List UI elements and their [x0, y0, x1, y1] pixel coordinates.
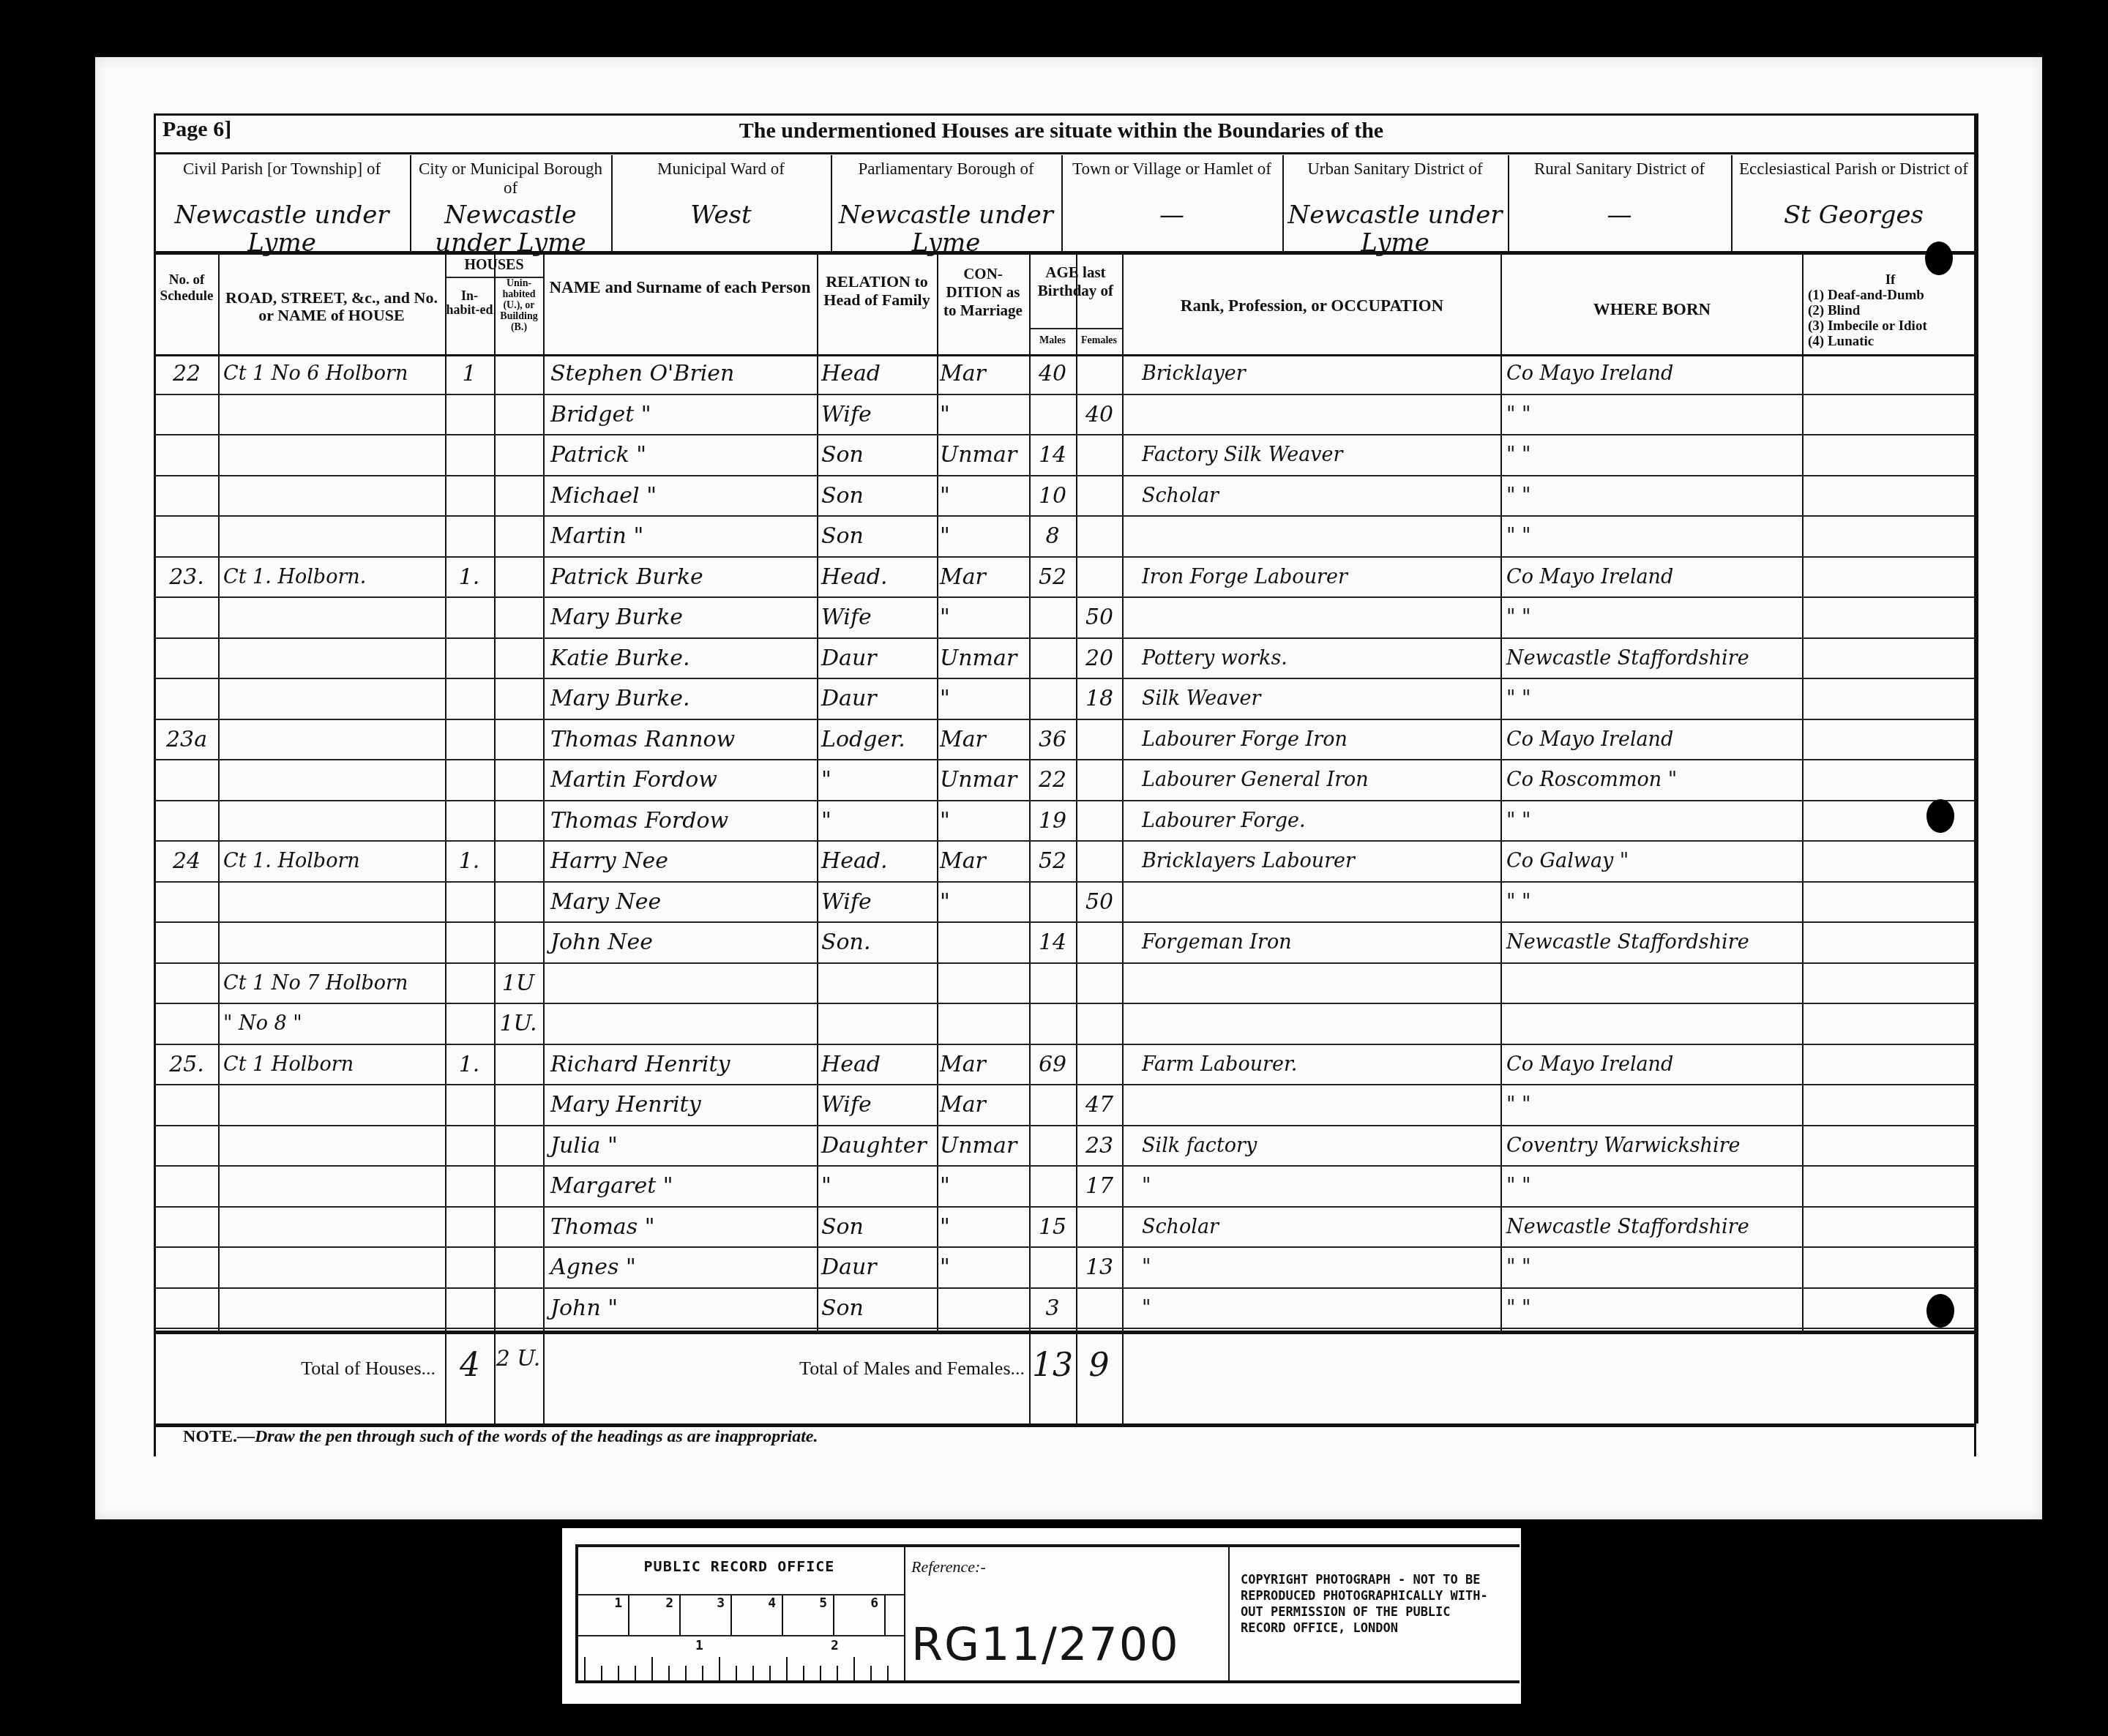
footnote: NOTE.—Draw the pen through such of the w… [183, 1427, 818, 1447]
cell-male-age: 14 [1031, 926, 1074, 959]
row-rule [155, 1206, 1975, 1208]
divider [154, 152, 1976, 154]
punch-hole [1926, 1294, 1954, 1328]
scale-cm: 123456 [578, 1595, 904, 1635]
cell-occupation: Scholar [1142, 1211, 1497, 1244]
divider [154, 251, 1976, 255]
cell-relation: Wife [821, 398, 935, 432]
scale-mark: 2 [629, 1595, 681, 1635]
cell-condition: " [940, 886, 1028, 919]
admin-value-1: Newcastle under Lyme [413, 201, 608, 257]
infirmity-if-label: If [1808, 272, 1973, 288]
cell-relation: Head. [821, 561, 935, 594]
cell-female-age: 50 [1077, 886, 1121, 919]
cell-inhabited: 1. [446, 561, 492, 594]
admin-value-0: Newcastle under Lyme [157, 201, 407, 257]
rule [1061, 155, 1063, 251]
copyright-line: OUT PERMISSION OF THE PUBLIC [1241, 1604, 1488, 1620]
rule [218, 253, 220, 1331]
cell-occupation: Forgeman Iron [1142, 926, 1497, 959]
admin-label-6: Rural Sanitary District of [1511, 160, 1728, 179]
cell-condition: Mar [940, 1048, 1028, 1082]
cell-relation: Daughter [821, 1129, 935, 1163]
rule [1802, 253, 1804, 1331]
cell-occupation: Bricklayer [1142, 357, 1497, 391]
cell-occupation: Labourer Forge Iron [1142, 723, 1497, 757]
cell-where-born: Co Mayo Ireland [1506, 561, 1799, 594]
cell-where-born: " " [1506, 438, 1799, 472]
rule [1029, 1331, 1031, 1423]
cell-name: Martin " [550, 520, 814, 553]
cell-where-born: " " [1506, 398, 1799, 432]
cell-occupation: " [1142, 1251, 1497, 1284]
rule [611, 155, 613, 251]
row-rule [155, 394, 1975, 395]
total-uninhabited: 2 U. [495, 1347, 542, 1372]
cell-where-born: " " [1506, 601, 1799, 635]
scale-tick [887, 1666, 889, 1680]
cell-where-born: " " [1506, 1170, 1799, 1203]
cell-road: Ct 1 No 6 Holborn [223, 357, 443, 391]
cell-road: " No 8 " [223, 1007, 443, 1041]
cell-name: Thomas Fordow [550, 804, 814, 838]
cell-uninhabited: 1U [496, 967, 541, 1000]
cell-female-age: 40 [1077, 398, 1121, 432]
cell-name: Mary Burke. [550, 682, 814, 716]
cell-relation: Wife [821, 601, 935, 635]
footnote-text: Draw the pen through such of the words o… [255, 1427, 818, 1446]
cell-relation: Son [821, 1292, 935, 1325]
cell-where-born: " " [1506, 804, 1799, 838]
cell-condition: Mar [940, 561, 1028, 594]
infirmity-imbecile: (3) Imbecile or Idiot [1808, 318, 1973, 334]
cell-road: Ct 1 No 7 Holborn [223, 967, 443, 1000]
cell-male-age: 52 [1031, 561, 1074, 594]
row-rule [155, 840, 1975, 842]
cell-condition: " [940, 1211, 1028, 1244]
cell-relation: Wife [821, 1088, 935, 1122]
scale-tick [584, 1657, 586, 1680]
cell-male-age: 36 [1031, 723, 1074, 757]
rule [817, 253, 818, 1331]
cell-schedule: 25. [157, 1048, 216, 1082]
cell-condition: " [940, 804, 1028, 838]
cell-male-age: 10 [1031, 479, 1074, 513]
admin-label-7: Ecclesiastical Parish or District of [1734, 160, 1973, 179]
cell-where-born: Co Mayo Ireland [1506, 357, 1799, 391]
rule [445, 253, 446, 1331]
row-rule [155, 800, 1975, 801]
rule [1228, 1547, 1230, 1680]
scale-tick [752, 1666, 754, 1680]
rule [494, 1331, 496, 1423]
cell-female-age: 23 [1077, 1129, 1121, 1163]
cell-occupation: Iron Forge Labourer [1142, 561, 1497, 594]
rule [904, 1547, 905, 1680]
cell-where-born: " " [1506, 682, 1799, 716]
scale-tick [870, 1666, 872, 1680]
cell-where-born: " " [1506, 479, 1799, 513]
rule [1122, 1331, 1124, 1423]
row-rule [155, 637, 1975, 639]
copyright-line: COPYRIGHT PHOTOGRAPH - NOT TO BE [1241, 1572, 1488, 1588]
row-rule [155, 1287, 1975, 1289]
copyright-line: RECORD OFFICE, LONDON [1241, 1620, 1488, 1636]
total-females: 9 [1076, 1347, 1122, 1384]
infirmity-lunatic: (4) Lunatic [1808, 334, 1973, 349]
cell-where-born: " " [1506, 1088, 1799, 1122]
row-rule [155, 921, 1975, 923]
cell-name: Martin Fordow [550, 763, 814, 797]
infirmity-blind: (2) Blind [1808, 303, 1973, 318]
cell-name: Stephen O'Brien [550, 357, 814, 391]
cell-male-age: 52 [1031, 845, 1074, 878]
cell-male-age: 15 [1031, 1211, 1074, 1244]
row-rule [155, 719, 1975, 720]
admin-value-5: Newcastle under Lyme [1285, 201, 1505, 257]
cell-name: Margaret " [550, 1170, 814, 1203]
admin-value-6: — [1511, 201, 1728, 229]
rule [543, 1331, 545, 1423]
row-rule [155, 1125, 1975, 1126]
cell-where-born: Co Galway " [1506, 845, 1799, 878]
cell-inhabited: 1. [446, 1048, 492, 1082]
cell-name: Katie Burke. [550, 642, 814, 676]
rule [1508, 155, 1509, 251]
cell-relation: Head. [821, 845, 935, 878]
punch-hole [1925, 242, 1953, 275]
scale-tick [702, 1666, 703, 1680]
rule [445, 1331, 446, 1423]
cell-male-age: 19 [1031, 804, 1074, 838]
cell-female-age: 20 [1077, 642, 1121, 676]
row-rule [155, 596, 1975, 598]
cell-name: John " [550, 1292, 814, 1325]
row-rule [155, 434, 1975, 435]
cell-occupation: Silk factory [1142, 1129, 1497, 1163]
cell-name: Harry Nee [550, 845, 814, 878]
cell-relation: " [821, 763, 935, 797]
cell-relation: Son [821, 1211, 935, 1244]
scale-tick [736, 1666, 737, 1680]
cell-relation: Lodger. [821, 723, 935, 757]
rule [494, 253, 496, 1331]
cell-male-age: 3 [1031, 1292, 1074, 1325]
cell-condition: " [940, 520, 1028, 553]
copyright-line: REPRODUCED PHOTOGRAPHICALLY WITH- [1241, 1588, 1488, 1604]
scale-tick [820, 1666, 821, 1680]
cell-name: Mary Burke [550, 601, 814, 635]
cell-name: Mary Nee [550, 886, 814, 919]
cell-name: Patrick " [550, 438, 814, 472]
admin-value-7: St Georges [1734, 201, 1973, 229]
header-schedule: No. of Schedule [155, 272, 218, 304]
cell-name: Richard Henrity [550, 1048, 814, 1082]
admin-label-4: Town or Village or Hamlet of [1064, 160, 1279, 179]
row-rule [155, 515, 1975, 517]
cell-female-age: 47 [1077, 1088, 1121, 1122]
cell-name: Thomas " [550, 1211, 814, 1244]
header-uninhabited: Unin-habited (U.), or Building (B.) [495, 278, 543, 333]
cell-relation: " [821, 1170, 935, 1203]
cell-condition: Unmar [940, 438, 1028, 472]
cell-road: Ct 1. Holborn. [223, 561, 443, 594]
header-occupation: Rank, Profession, or OCCUPATION [1124, 296, 1500, 315]
cell-occupation: Factory Silk Weaver [1142, 438, 1497, 472]
page-number: Page 6] [162, 117, 231, 142]
row-rule [155, 881, 1975, 883]
cell-condition: " [940, 479, 1028, 513]
cell-female-age: 17 [1077, 1170, 1121, 1203]
cell-male-age: 14 [1031, 438, 1074, 472]
admin-label-2: Municipal Ward of [614, 160, 828, 179]
cell-road: Ct 1 Holborn [223, 1048, 443, 1082]
row-rule [155, 678, 1975, 679]
cell-condition: " [940, 1170, 1028, 1203]
cell-name: Mary Henrity [550, 1088, 814, 1122]
scale-mark: 1 [578, 1595, 629, 1635]
cell-where-born: " " [1506, 520, 1799, 553]
header-males: Males [1029, 335, 1076, 346]
rule [1500, 253, 1502, 1331]
cell-condition: " [940, 682, 1028, 716]
cell-female-age: 18 [1077, 682, 1121, 716]
scale-tick [853, 1657, 855, 1680]
divider [154, 354, 1976, 356]
cell-inhabited: 1. [446, 845, 492, 878]
admin-value-2: West [614, 201, 828, 229]
admin-label-1: City or Municipal Borough of [413, 160, 608, 198]
cell-occupation: Silk Weaver [1142, 682, 1497, 716]
punch-hole [1926, 799, 1954, 833]
cell-road: Ct 1. Holborn [223, 845, 443, 878]
cell-occupation: Farm Labourer. [1142, 1048, 1497, 1082]
cell-where-born: Co Roscommon " [1506, 763, 1799, 797]
cell-relation: Head [821, 357, 935, 391]
cell-where-born: " " [1506, 1251, 1799, 1284]
cell-relation: Daur [821, 642, 935, 676]
row-rule [155, 1328, 1975, 1329]
total-males: 13 [1029, 1347, 1076, 1384]
scale-mark: 6 [834, 1595, 886, 1635]
cell-occupation: Scholar [1142, 479, 1497, 513]
stamp-office: PUBLIC RECORD OFFICE [578, 1557, 900, 1575]
cell-inhabited: 1 [446, 357, 492, 391]
scale-tick [803, 1666, 804, 1680]
cell-where-born: Co Mayo Ireland [1506, 1048, 1799, 1082]
cell-name: Michael " [550, 479, 814, 513]
admin-label-5: Urban Sanitary District of [1285, 160, 1505, 179]
cell-name: Agnes " [550, 1251, 814, 1284]
cell-where-born: Co Mayo Ireland [1506, 723, 1799, 757]
scale-tick [635, 1666, 636, 1680]
cell-condition: " [940, 398, 1028, 432]
rule [410, 155, 411, 251]
header-females: Females [1076, 335, 1122, 346]
cell-relation: Son [821, 438, 935, 472]
cell-where-born: Newcastle Staffordshire [1506, 926, 1799, 959]
cell-condition: Unmar [940, 642, 1028, 676]
cell-relation: Daur [821, 1251, 935, 1284]
header-where-born: WHERE BORN [1502, 300, 1802, 318]
cell-condition: " [940, 1251, 1028, 1284]
admin-label-3: Parliamentary Borough of [834, 160, 1058, 179]
divider [154, 1331, 1976, 1334]
page-title: The undermentioned Houses are situate wi… [732, 119, 1391, 143]
copyright-notice: COPYRIGHT PHOTOGRAPH - NOT TO BEREPRODUC… [1241, 1572, 1488, 1636]
cell-relation: Son [821, 479, 935, 513]
cell-occupation: Bricklayers Labourer [1142, 845, 1497, 878]
cell-occupation: Labourer Forge. [1142, 804, 1497, 838]
cell-male-age: 22 [1031, 763, 1074, 797]
scale-mark: 4 [732, 1595, 783, 1635]
cell-condition: Mar [940, 357, 1028, 391]
rule [1282, 155, 1284, 251]
cell-occupation: " [1142, 1292, 1497, 1325]
scale-tick [769, 1666, 771, 1680]
scale-tick [651, 1657, 653, 1680]
scale-tick [837, 1666, 838, 1680]
admin-value-4: — [1064, 201, 1279, 229]
row-rule [155, 475, 1975, 476]
scale-mark: 3 [681, 1595, 732, 1635]
infirmity-deaf-dumb: (1) Deaf-and-Dumb [1808, 288, 1973, 303]
cell-female-age: 13 [1077, 1251, 1121, 1284]
cell-schedule: 22 [157, 357, 216, 391]
cell-name: John Nee [550, 926, 814, 959]
total-persons-label: Total of Males and Females... [659, 1358, 1025, 1380]
row-rule [155, 556, 1975, 558]
cell-occupation: Labourer General Iron [1142, 763, 1497, 797]
cell-relation: Son [821, 520, 935, 553]
rule [543, 253, 545, 1331]
cell-condition: Unmar [940, 763, 1028, 797]
cell-schedule: 23a [157, 723, 216, 757]
cell-name: Julia " [550, 1129, 814, 1163]
cell-relation: Wife [821, 886, 935, 919]
cell-male-age: 8 [1031, 520, 1074, 553]
stamp-border: PUBLIC RECORD OFFICE 123456 12 Reference… [575, 1544, 1520, 1683]
cell-relation: Head [821, 1048, 935, 1082]
cell-relation: " [821, 804, 935, 838]
cell-condition: Mar [940, 845, 1028, 878]
cell-occupation: " [1142, 1170, 1497, 1203]
cell-condition: Mar [940, 1088, 1028, 1122]
record-office-stamp: PUBLIC RECORD OFFICE 123456 12 Reference… [562, 1528, 1521, 1704]
cell-relation: Son. [821, 926, 935, 959]
cell-condition: Mar [940, 723, 1028, 757]
cell-name: Thomas Rannow [550, 723, 814, 757]
scale-tick [719, 1657, 720, 1680]
reference-label: Reference:- [911, 1557, 986, 1576]
cell-where-born: Newcastle Staffordshire [1506, 642, 1799, 676]
cell-schedule: 23. [157, 561, 216, 594]
cell-condition: Unmar [940, 1129, 1028, 1163]
scale-mark: 2 [831, 1638, 839, 1653]
row-rule [155, 1165, 1975, 1167]
cell-where-born: " " [1506, 886, 1799, 919]
scale-inches: 12 [578, 1636, 904, 1680]
rule [831, 155, 832, 251]
cell-male-age: 69 [1031, 1048, 1074, 1082]
total-houses-label: Total of Houses... [220, 1358, 436, 1380]
scale-tick [786, 1657, 788, 1680]
scale-tick [685, 1666, 687, 1680]
cell-where-born: Coventry Warwickshire [1506, 1129, 1799, 1163]
admin-value-3: Newcastle under Lyme [834, 201, 1058, 257]
cell-relation: Daur [821, 682, 935, 716]
rule [1076, 1331, 1077, 1423]
admin-label-0: Civil Parish [or Township] of [157, 160, 407, 179]
header-relation: RELATION to Head of Family [818, 272, 935, 309]
row-rule [155, 962, 1975, 964]
header-name: NAME and Surname of each Person [545, 278, 815, 296]
cell-name: Patrick Burke [550, 561, 814, 594]
footnote-prefix: NOTE.— [183, 1427, 255, 1446]
scale-tick [601, 1666, 602, 1680]
rule [1976, 113, 1978, 1423]
cell-female-age: 50 [1077, 601, 1121, 635]
row-rule [155, 1003, 1975, 1004]
header-infirmity: If (1) Deaf-and-Dumb (2) Blind (3) Imbec… [1808, 272, 1973, 349]
rule [1122, 253, 1124, 1331]
cell-name: Bridget " [550, 398, 814, 432]
scale-mark: 5 [783, 1595, 834, 1635]
scale-tick [668, 1666, 670, 1680]
rule [1731, 155, 1733, 251]
cell-condition: " [940, 601, 1028, 635]
cell-uninhabited: 1U. [496, 1007, 541, 1041]
row-rule [155, 759, 1975, 760]
header-road: ROAD, STREET, &c., and No. or NAME of HO… [220, 289, 444, 324]
header-inhabited: In-habit-ed [445, 289, 494, 317]
reference-value: RG11/2700 [911, 1617, 1180, 1671]
row-rule [155, 1246, 1975, 1248]
row-rule [155, 1044, 1975, 1045]
cell-where-born: " " [1506, 1292, 1799, 1325]
cell-male-age: 40 [1031, 357, 1074, 391]
scale-tick [618, 1666, 619, 1680]
cell-occupation: Pottery works. [1142, 642, 1497, 676]
cell-where-born: Newcastle Staffordshire [1506, 1211, 1799, 1244]
scale-mark: 1 [695, 1638, 703, 1653]
rule [937, 253, 938, 1331]
total-inhabited: 4 [448, 1347, 492, 1384]
header-condition: CON-DITION as to Marriage [938, 265, 1028, 320]
row-rule [155, 1084, 1975, 1085]
cell-schedule: 24 [157, 845, 216, 878]
